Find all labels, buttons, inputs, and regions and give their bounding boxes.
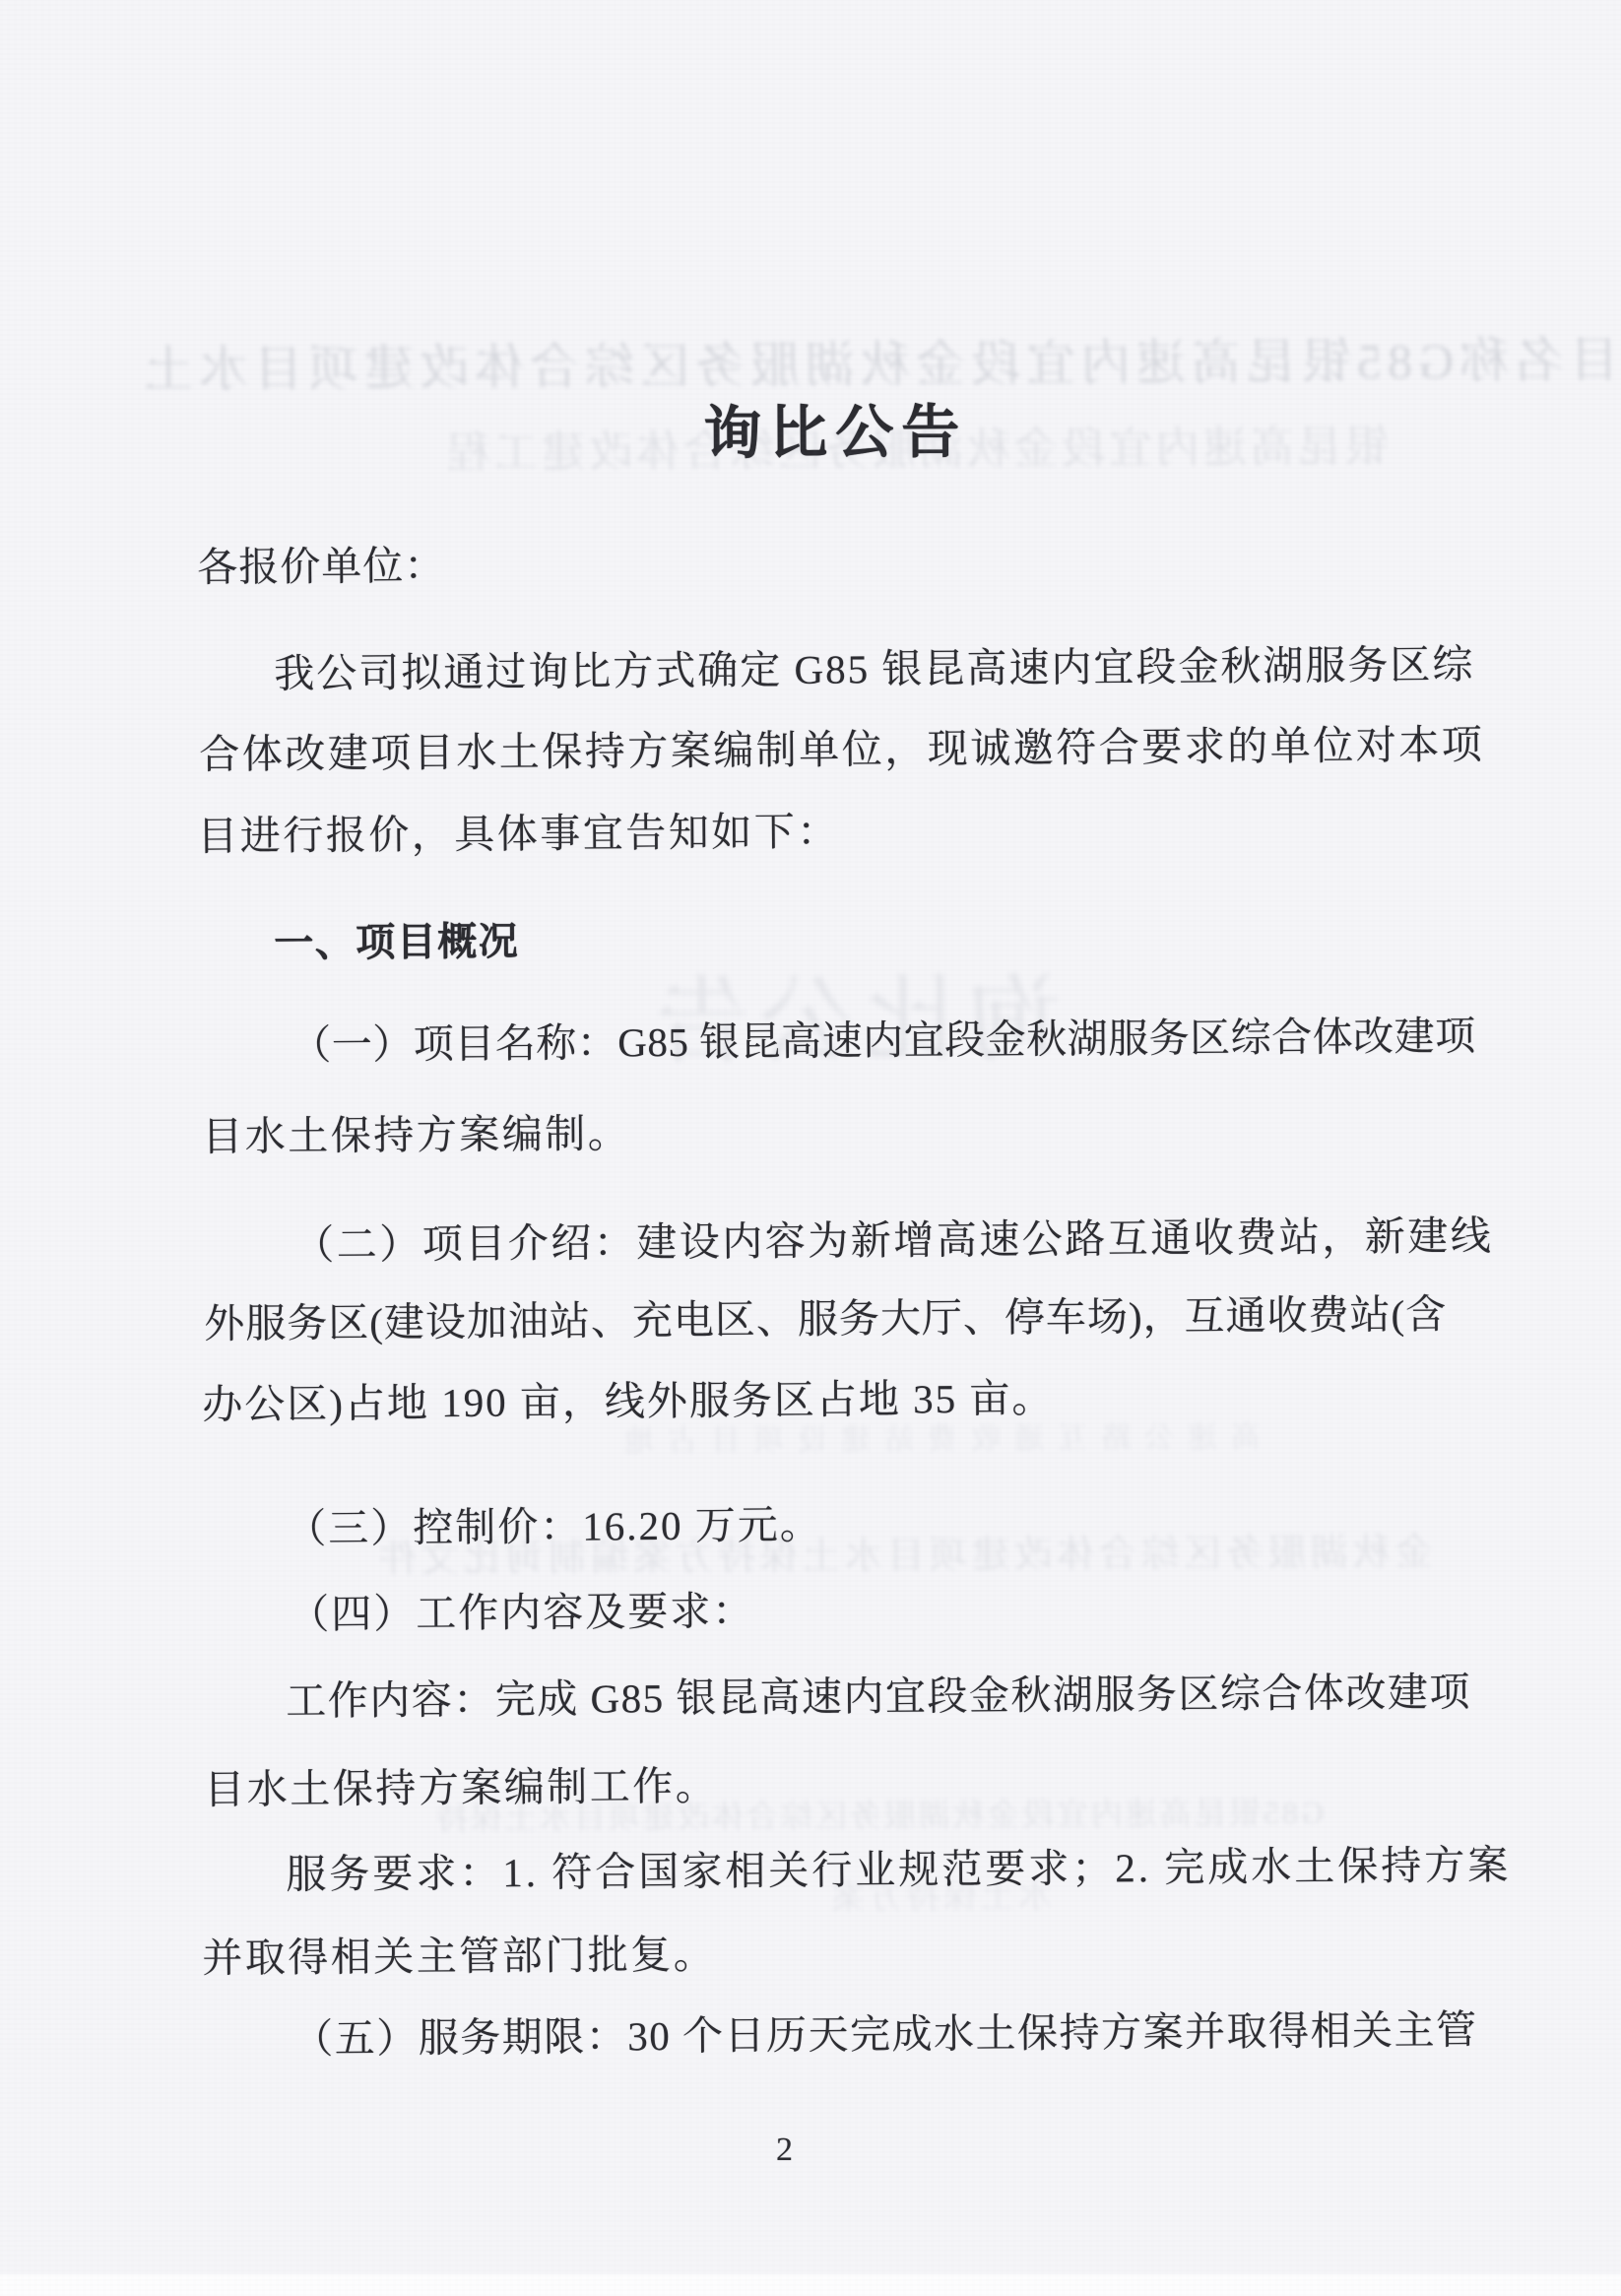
item-4-line-4: 服务要求：1. 符合国家相关行业规范要求；2. 完成水土保持方案 (286, 1832, 1511, 1900)
document-title: 询比公告 (703, 385, 967, 470)
item-3-line-1: （三）控制价：16.20 万元。 (286, 1492, 822, 1554)
page-number: 2 (776, 2132, 793, 2169)
item-2-line-1: （二）项目介绍：建设内容为新增高速公路互通收费站，新建线 (293, 1203, 1493, 1271)
item-2-line-2: 外服务区(建设加油站、充电区、服务大厅、停车场)，互通收费站(含 (204, 1281, 1447, 1349)
scan-edge (0, 2274, 1621, 2296)
intro-line-3: 目进行报价，具体事宜告知如下： (197, 799, 840, 862)
item-5-line-1: （五）服务期限：30 个日历天完成水土保持方案并取得相关主管 (292, 1998, 1478, 2065)
item-4-line-3: 目水土保持方案编制工作。 (204, 1753, 718, 1815)
section-1-heading: 一、项目概况 (274, 910, 519, 968)
item-4-line-1: （四）工作内容及要求： (289, 1578, 754, 1640)
item-4-line-5: 并取得相关主管部门批复。 (202, 1922, 716, 1984)
item-1-line-1: （一）项目名称：G85 银昆高速内宜段金秋湖服务区综合体改建项 (291, 1004, 1476, 1071)
intro-line-2: 合体改建项目水土保持方案编制单位，现诚邀符合要求的单位对本项 (199, 712, 1484, 780)
intro-line-1: 我公司拟通过询比方式确定 G85 银昆高速内宜段金秋湖服务区综 (274, 631, 1475, 699)
item-4-line-2: 工作内容：完成 G85 银昆高速内宜段金秋湖服务区综合体改建项 (286, 1660, 1471, 1727)
item-2-line-3: 办公区)占地 190 亩，线外服务区占地 35 亩。 (202, 1365, 1055, 1430)
scanned-document-page: 询比公告 项目名称G85银昆高速内宜段金秋湖服务区综合体改建项目水土银昆高速内宜… (0, 0, 1621, 2296)
item-1-line-2: 目水土保持方案编制。 (202, 1101, 630, 1162)
salutation: 各报价单位： (197, 533, 445, 593)
